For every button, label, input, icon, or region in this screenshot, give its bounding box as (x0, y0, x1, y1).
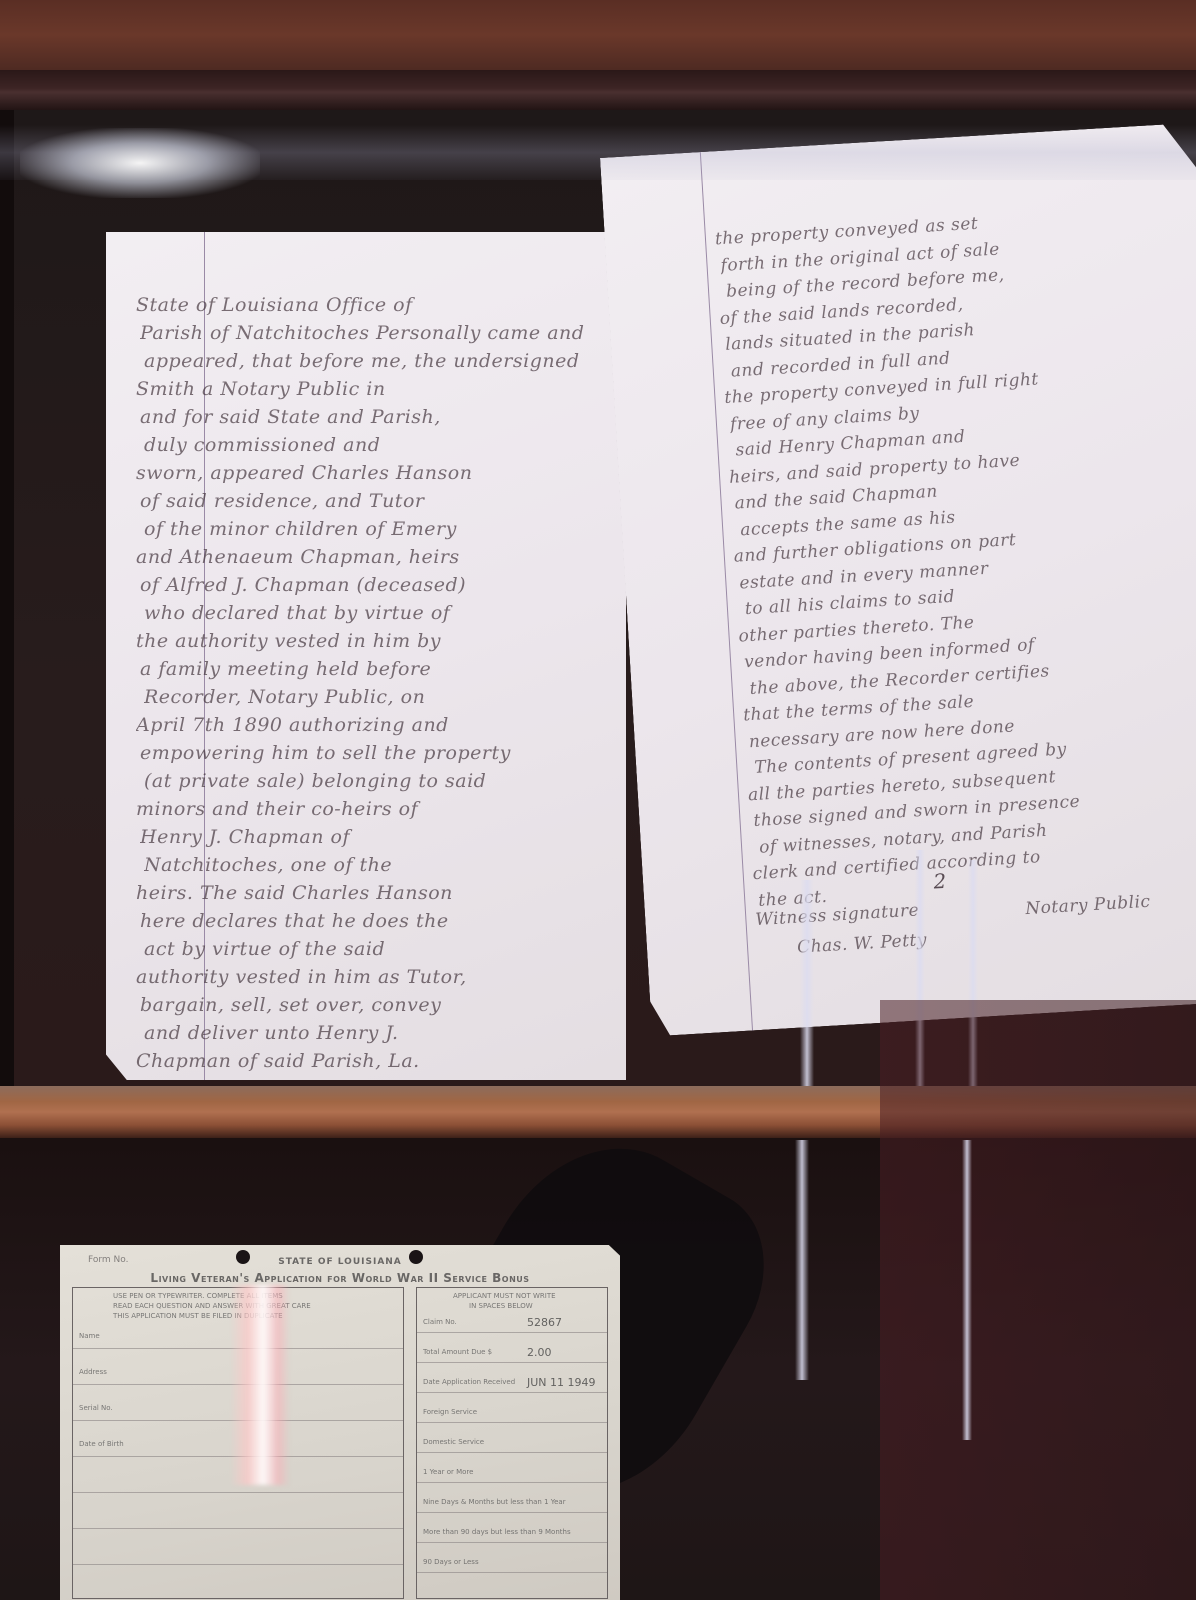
field-label: 1 Year or More (423, 1468, 473, 1476)
ww2-bonus-application-card: Form No. STATE OF LOUISIANA Living Veter… (60, 1245, 620, 1600)
handwriting-line: duly commissioned and (144, 434, 626, 456)
field-label: Address (79, 1368, 107, 1376)
handwriting-line: Smith a Notary Public in (136, 378, 626, 400)
panel-heading: APPLICANT MUST NOT WRITE (453, 1292, 556, 1300)
field-label: Claim No. (423, 1318, 457, 1326)
handwritten-document-left: State of Louisiana Office ofParish of Na… (106, 232, 626, 1080)
field-label: Date of Birth (79, 1440, 124, 1448)
handwriting-line: who declared that by virtue of (144, 602, 626, 624)
light-flare-reflection (230, 1285, 290, 1485)
handwriting-line: here declares that he does the (140, 910, 626, 932)
field-label: Foreign Service (423, 1408, 477, 1416)
handwriting-line: heirs. The said Charles Hanson (136, 882, 626, 904)
reflection-post (800, 880, 814, 1090)
handwriting-line: Henry J. Chapman of (140, 826, 626, 848)
handwriting-line: April 7th 1890 authorizing and (136, 714, 626, 736)
handwriting-line: authority vested in him as Tutor, (136, 966, 626, 988)
field-label: Date Application Received (423, 1378, 515, 1386)
field-label: Serial No. (79, 1404, 113, 1412)
field-value: 52867 (527, 1316, 562, 1329)
handwritten-document-right: the property conveyed as setforth in the… (600, 122, 1196, 1036)
field-label: Total Amount Due $ (423, 1348, 492, 1356)
handwriting-line: and deliver unto Henry J. (144, 1022, 626, 1044)
handwriting-line: Recorder, Notary Public, on (144, 686, 626, 708)
field-value: 2.00 (527, 1346, 552, 1359)
handwriting-line: Chapman of said Parish, La. (136, 1050, 626, 1072)
field-label: 90 Days or Less (423, 1558, 479, 1566)
handwriting-line: Parish of Natchitoches Personally came a… (140, 322, 626, 344)
handwriting-line: empowering him to sell the property (140, 742, 626, 764)
card-state-header: STATE OF LOUISIANA (60, 1257, 620, 1267)
wood-frame-top (0, 0, 1196, 70)
handwriting-line: appeared, that before me, the undersigne… (144, 350, 626, 372)
handwriting-line: and Athenaeum Chapman, heirs (136, 546, 626, 568)
field-label: Name (79, 1332, 100, 1340)
field-label: Domestic Service (423, 1438, 484, 1446)
panel-heading: IN SPACES BELOW (469, 1302, 533, 1310)
handwriting-line: act by virtue of the said (144, 938, 626, 960)
handwriting-line: of the minor children of Emery (144, 518, 626, 540)
background-reflection (880, 1000, 1196, 1600)
handwriting-line: Natchitoches, one of the (144, 854, 626, 876)
handwriting-line: the authority vested in him by (136, 630, 626, 652)
reflection-post (962, 1140, 972, 1440)
field-value: JUN 11 1949 (527, 1376, 596, 1389)
handwriting-line: and for said State and Parish, (140, 406, 626, 428)
handwriting-line: (at private sale) belonging to said (144, 770, 626, 792)
reflection-post (795, 1140, 809, 1380)
handwriting-line: a family meeting held before (140, 658, 626, 680)
handwriting-line: of Alfred J. Chapman (deceased) (140, 574, 626, 596)
card-title: Living Veteran's Application for World W… (60, 1271, 620, 1285)
light-glare (20, 128, 260, 198)
field-label: Nine Days & Months but less than 1 Year (423, 1498, 566, 1506)
handwriting-line: minors and their co-heirs of (136, 798, 626, 820)
handwriting-line: bargain, sell, set over, convey (140, 994, 626, 1016)
handwriting-line: of said residence, and Tutor (140, 490, 626, 512)
handwriting-line: sworn, appeared Charles Hanson (136, 462, 626, 484)
handwriting-line: State of Louisiana Office of (136, 294, 626, 316)
frame-molding (0, 70, 1196, 110)
office-use-section: APPLICANT MUST NOT WRITE IN SPACES BELOW… (416, 1287, 608, 1599)
field-label: More than 90 days but less than 9 Months (423, 1528, 571, 1536)
